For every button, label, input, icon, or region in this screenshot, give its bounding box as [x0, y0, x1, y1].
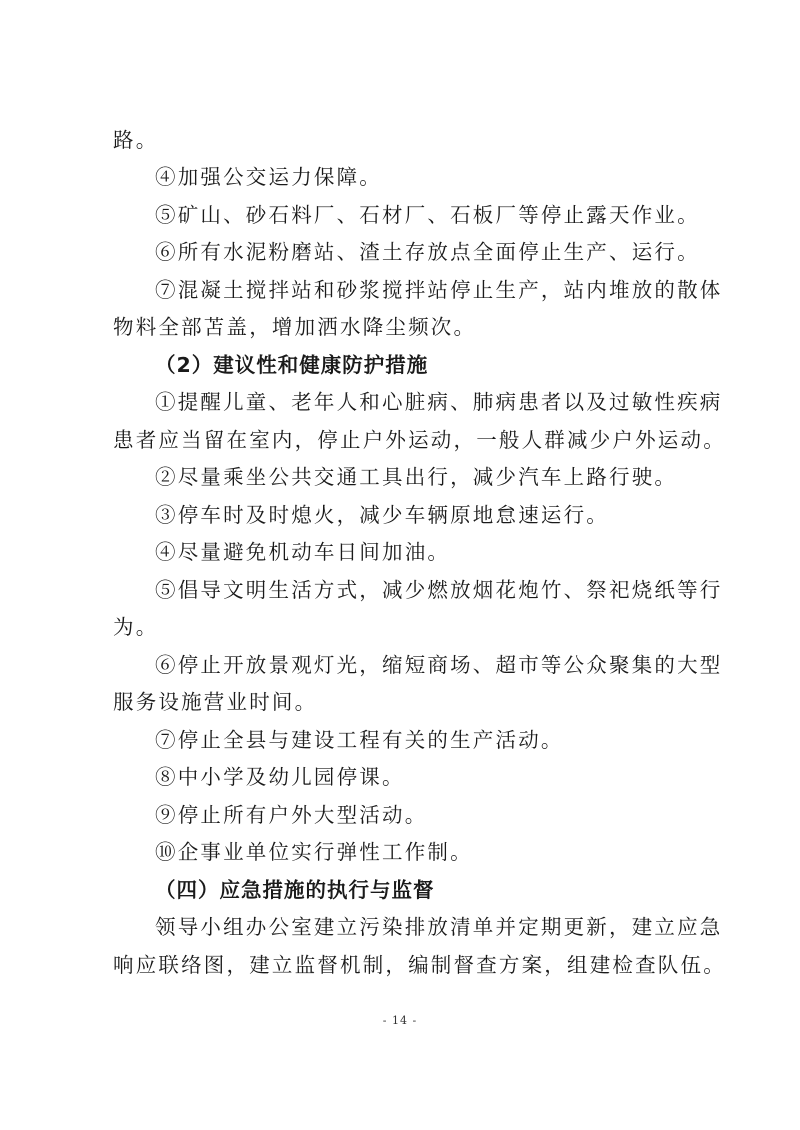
text-line: 路。	[113, 126, 688, 154]
list-item: ③停车时及时熄火，减少车辆原地怠速运行。	[155, 501, 730, 529]
text-line: 患者应当留在室内，停止户外运动，一般人群减少户外运动。	[113, 426, 688, 454]
list-item: ⑨停止所有户外大型活动。	[155, 801, 730, 829]
list-item: ⑦混凝土搅拌站和砂浆搅拌站停止生产，站内堆放的散体	[155, 276, 688, 304]
list-item: 领导小组办公室建立污染排放清单并定期更新，建立应急	[155, 913, 688, 941]
list-item: ⑥所有水泥粉磨站、渣土存放点全面停止生产、运行。	[155, 238, 730, 266]
document-page: 路。 ④加强公交运力保障。 ⑤矿山、砂石料厂、石材厂、石板厂等停止露天作业。 ⑥…	[0, 0, 800, 1130]
list-item: ④尽量避免机动车日间加油。	[155, 538, 730, 566]
list-item: ②尽量乘坐公共交通工具出行，减少汽车上路行驶。	[155, 463, 730, 491]
section-heading: （四）应急措施的执行与监督	[155, 876, 730, 904]
text-line: 响应联络图，建立监督机制，编制督查方案，组建检查队伍。	[113, 951, 688, 979]
list-item: ⑦停止全县与建设工程有关的生产活动。	[155, 726, 730, 754]
list-item: ⑥停止开放景观灯光，缩短商场、超市等公众聚集的大型	[155, 651, 688, 679]
list-item: ⑤倡导文明生活方式，减少燃放烟花炮竹、祭祀烧纸等行	[155, 576, 688, 604]
list-item: ⑤矿山、砂石料厂、石材厂、石板厂等停止露天作业。	[155, 201, 730, 229]
list-item: ①提醒儿童、老年人和心脏病、肺病患者以及过敏性疾病	[155, 388, 688, 416]
text-line: 服务设施营业时间。	[113, 688, 688, 716]
section-heading: （2）建议性和健康防护措施	[155, 351, 730, 379]
text-line: 为。	[113, 613, 688, 641]
list-item: ⑧中小学及幼儿园停课。	[155, 763, 730, 791]
list-item: ④加强公交运力保障。	[155, 163, 730, 191]
page-number: - 14 -	[0, 1014, 800, 1027]
text-line: 物料全部苫盖，增加洒水降尘频次。	[113, 313, 688, 341]
list-item: ⑩企事业单位实行弹性工作制。	[155, 838, 730, 866]
